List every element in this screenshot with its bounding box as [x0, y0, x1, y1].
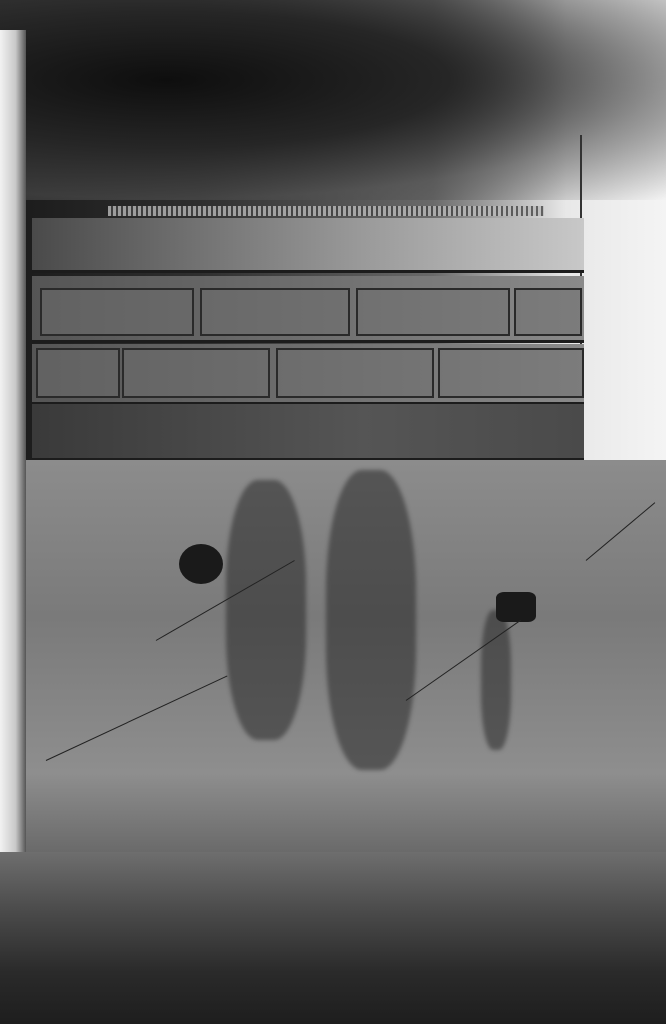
painted-panel	[36, 348, 120, 398]
cracked-dado	[26, 460, 666, 852]
upper-painted-band	[32, 218, 584, 273]
crack	[46, 676, 228, 761]
painted-panel	[40, 288, 194, 336]
hole-in-plaster	[179, 544, 223, 584]
water-stain	[481, 610, 511, 750]
hole-in-plaster	[496, 592, 536, 622]
crack	[586, 502, 656, 561]
water-stain	[226, 480, 306, 740]
painted-panel	[438, 348, 584, 398]
decorative-frieze	[108, 206, 544, 216]
panel-band-top	[32, 276, 584, 343]
panel-band-bottom	[32, 344, 584, 405]
painted-panel	[514, 288, 582, 336]
painted-panel	[276, 348, 434, 398]
left-pillar	[0, 30, 26, 870]
smoke-darkened-upper-wall	[0, 0, 666, 200]
painted-panel	[122, 348, 270, 398]
dark-socle-band	[32, 404, 584, 461]
floor	[0, 852, 666, 1024]
painted-panel	[356, 288, 510, 336]
wall-photograph	[0, 0, 666, 1024]
painted-panel	[200, 288, 350, 336]
water-stain	[326, 470, 416, 770]
